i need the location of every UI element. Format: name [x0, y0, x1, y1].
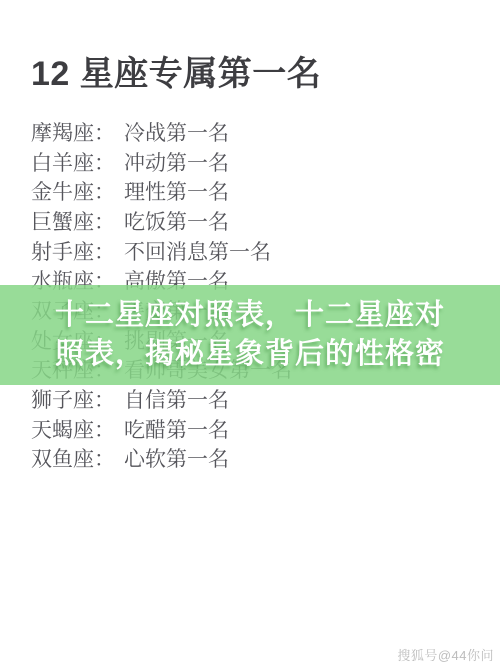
colon-separator: ： — [94, 443, 115, 473]
sohu-watermark: 搜狐号@44你问 — [397, 645, 494, 664]
zodiac-row: 狮子座：自信第一名 — [31, 384, 292, 414]
zodiac-sign-label: 金牛座 — [31, 176, 94, 206]
zodiac-sign-label: 狮子座 — [31, 384, 94, 414]
zodiac-rank-value: 心软第一名 — [124, 443, 229, 473]
colon-separator: ： — [94, 236, 115, 266]
zodiac-rank-value: 不回消息第一名 — [124, 236, 271, 266]
zodiac-rank-value: 吃醋第一名 — [124, 414, 229, 444]
zodiac-row: 摩羯座：冷战第一名 — [31, 117, 292, 147]
zodiac-row: 巨蟹座：吃饭第一名 — [31, 206, 292, 236]
zodiac-rank-value: 自信第一名 — [124, 384, 229, 414]
page-title: 12 星座专属第一名 — [31, 46, 321, 95]
zodiac-sign-label: 巨蟹座 — [31, 206, 94, 236]
zodiac-sign-label: 天蝎座 — [31, 414, 94, 444]
zodiac-rank-value: 吃饭第一名 — [124, 206, 229, 236]
zodiac-rank-value: 冲动第一名 — [124, 147, 229, 177]
banner-text-line2: 照表，揭秘星象背后的性格密 — [55, 339, 445, 371]
colon-separator: ： — [94, 384, 115, 414]
colon-separator: ： — [94, 176, 115, 206]
zodiac-sign-label: 双鱼座 — [31, 443, 94, 473]
zodiac-sign-label: 白羊座 — [31, 147, 94, 177]
colon-separator: ： — [94, 206, 115, 236]
article-image-page: 12 星座专属第一名 摩羯座：冷战第一名白羊座：冲动第一名金牛座：理性第一名巨蟹… — [0, 0, 500, 667]
zodiac-rank-value: 冷战第一名 — [124, 117, 229, 147]
zodiac-sign-label: 摩羯座 — [31, 117, 94, 147]
colon-separator: ： — [94, 414, 115, 444]
colon-separator: ： — [94, 117, 115, 147]
banner-text-line1: 十二星座对照表，十二星座对 — [55, 300, 445, 332]
zodiac-row: 白羊座：冲动第一名 — [31, 147, 292, 177]
colon-separator: ： — [94, 147, 115, 177]
zodiac-row: 金牛座：理性第一名 — [31, 176, 292, 206]
promo-banner-overlay: 十二星座对照表，十二星座对 照表，揭秘星象背后的性格密 — [0, 285, 500, 385]
zodiac-sign-label: 射手座 — [31, 236, 94, 266]
zodiac-row: 天蝎座：吃醋第一名 — [31, 414, 292, 444]
zodiac-rank-value: 理性第一名 — [124, 176, 229, 206]
zodiac-row: 射手座：不回消息第一名 — [31, 236, 292, 266]
zodiac-row: 双鱼座：心软第一名 — [31, 444, 292, 474]
